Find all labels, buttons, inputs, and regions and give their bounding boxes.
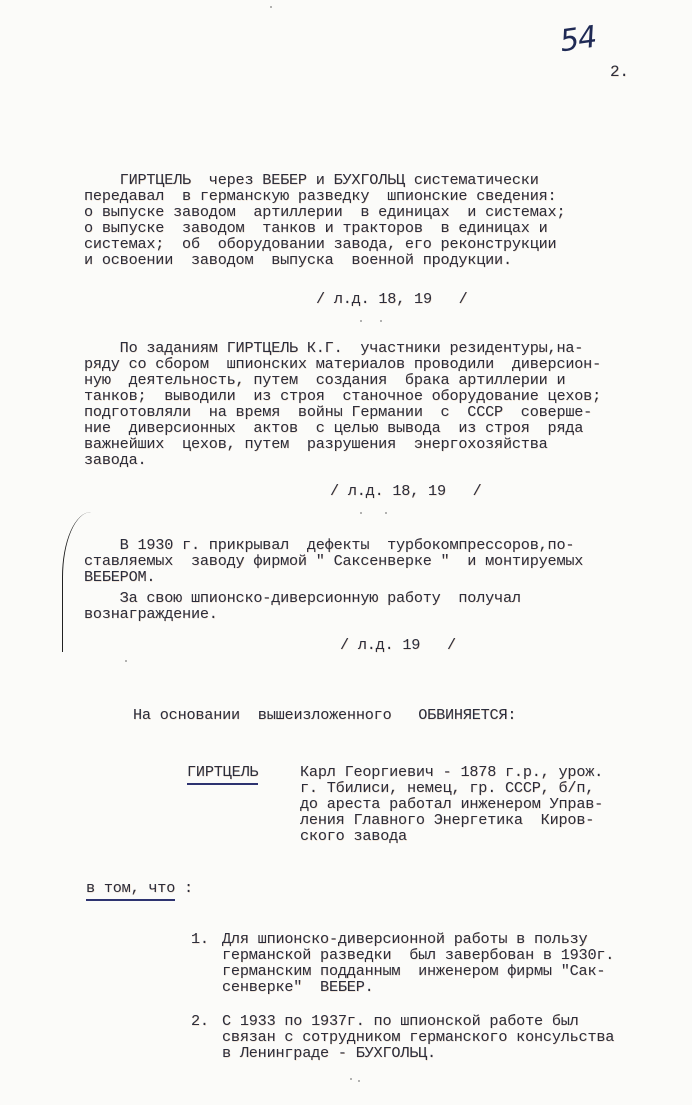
scan-speck	[270, 6, 272, 8]
text-line: ского завода	[300, 828, 407, 845]
text-line: ставляемых заводу фирмой " Саксенверке "…	[84, 553, 583, 570]
text-line: сенверке" ВЕБЕР.	[222, 979, 374, 996]
scan-speck	[350, 1078, 352, 1080]
document-page: 54 2. ГИРТЦЕЛЬ через ВЕБЕР и БУХГОЛЬЦ си…	[0, 0, 692, 1105]
scan-speck	[385, 512, 387, 514]
handwritten-page-number: 54	[558, 20, 599, 60]
scan-speck	[380, 320, 382, 322]
text-line: вознаграждение.	[84, 606, 218, 623]
in-that-heading: в том, что :	[86, 880, 193, 897]
accused-name: ГИРТЦЕЛЬ	[187, 764, 258, 781]
text-line: ВЕБЕРОМ.	[84, 569, 155, 586]
text-line: завода.	[84, 452, 146, 469]
scan-speck	[360, 512, 362, 514]
accused-name-text: ГИРТЦЕЛЬ	[187, 763, 258, 785]
text-line: и освоении заводом выпуска военной проду…	[84, 252, 512, 269]
text-line: важнейших цехов, путем разрушения энерго…	[84, 436, 548, 453]
text-line: в Ленинграде - БУХГОЛЬЦ.	[222, 1045, 436, 1062]
case-file-reference: / л.д. 18, 19 /	[316, 291, 468, 308]
scan-speck	[358, 1080, 360, 1082]
in-that-colon: :	[175, 879, 193, 897]
accusation-intro: На основании вышеизложенного ОБВИНЯЕТСЯ:	[133, 707, 516, 724]
scan-speck	[360, 320, 362, 322]
in-that-label: в том, что	[86, 879, 175, 901]
case-file-reference: / л.д. 19 /	[340, 637, 456, 654]
charge-number: 1.	[191, 931, 209, 948]
case-file-reference: / л.д. 18, 19 /	[330, 483, 482, 500]
typed-page-number: 2.	[610, 64, 629, 81]
scan-speck	[125, 660, 127, 662]
charge-number: 2.	[191, 1013, 209, 1030]
